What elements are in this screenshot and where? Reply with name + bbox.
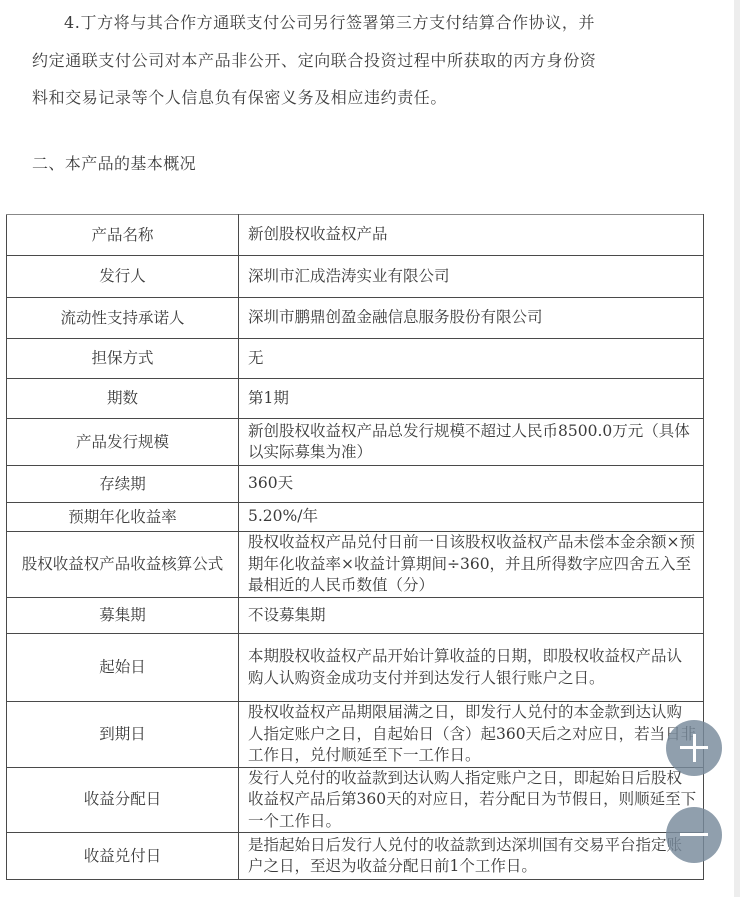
- zoom-in-button[interactable]: [666, 720, 722, 776]
- table-row: 存续期360天: [7, 466, 704, 503]
- row-label: 存续期: [7, 466, 239, 503]
- row-label: 担保方式: [7, 339, 239, 379]
- row-label: 股权收益权产品收益核算公式: [7, 532, 239, 598]
- row-value: 发行人兑付的收益款到达认购人指定账户之日，即起始日后股权收益权产品后第360天的…: [239, 767, 704, 833]
- row-value: 第1期: [239, 379, 704, 419]
- scrollbar-track[interactable]: [734, 0, 740, 897]
- paragraph-line: 4.丁方将与其合作方通联支付公司另行签署第三方支付结算合作协议，并: [32, 4, 682, 42]
- row-value: 不设募集期: [239, 598, 704, 634]
- table-row: 募集期不设募集期: [7, 598, 704, 634]
- table-row: 股权收益权产品收益核算公式股权收益权产品兑付日前一日该股权收益权产品未偿本金余额…: [7, 532, 704, 598]
- row-label: 起始日: [7, 634, 239, 702]
- row-label: 产品名称: [7, 215, 239, 256]
- row-value: 深圳市汇成浩涛实业有限公司: [239, 256, 704, 298]
- row-value: 本期股权收益权产品开始计算收益的日期，即股权收益权产品认购人认购资金成功支付并到…: [239, 634, 704, 702]
- section-heading: 二、本产品的基本概况: [32, 151, 196, 174]
- row-value: 股权收益权产品期限届满之日，即发行人兑付的本金款到达认购人指定账户之日，自起始日…: [239, 702, 704, 768]
- row-label: 募集期: [7, 598, 239, 634]
- paragraph-line: 约定通联支付公司对本产品非公开、定向联合投资过程中所获取的丙方身份资: [32, 42, 682, 80]
- row-label: 到期日: [7, 702, 239, 768]
- table-row: 担保方式无: [7, 339, 704, 379]
- row-value: 新创股权收益权产品总发行规模不超过人民币8500.0万元（具体以实际募集为准）: [239, 419, 704, 466]
- table-row: 起始日本期股权收益权产品开始计算收益的日期，即股权收益权产品认购人认购资金成功支…: [7, 634, 704, 702]
- row-label: 收益兑付日: [7, 833, 239, 880]
- paragraph-line: 料和交易记录等个人信息负有保密义务及相应违约责任。: [32, 79, 682, 117]
- row-value: 股权收益权产品兑付日前一日该股权收益权产品未偿本金余额×预期年化收益率×收益计算…: [239, 532, 704, 598]
- row-label: 流动性支持承诺人: [7, 298, 239, 339]
- table-row: 产品发行规模新创股权收益权产品总发行规模不超过人民币8500.0万元（具体以实际…: [7, 419, 704, 466]
- row-label: 收益分配日: [7, 767, 239, 833]
- table-row: 期数第1期: [7, 379, 704, 419]
- row-value: 是指起始日后发行人兑付的收益款到达深圳国有交易平台指定账户之日，至迟为收益分配日…: [239, 833, 704, 880]
- product-info-table: 产品名称新创股权收益权产品发行人深圳市汇成浩涛实业有限公司流动性支持承诺人深圳市…: [6, 214, 704, 880]
- row-label: 预期年化收益率: [7, 503, 239, 532]
- table-row: 到期日股权收益权产品期限届满之日，即发行人兑付的本金款到达认购人指定账户之日，自…: [7, 702, 704, 768]
- row-value: 360天: [239, 466, 704, 503]
- row-value: 新创股权收益权产品: [239, 215, 704, 256]
- table-row: 发行人深圳市汇成浩涛实业有限公司: [7, 256, 704, 298]
- table-row: 收益兑付日是指起始日后发行人兑付的收益款到达深圳国有交易平台指定账户之日，至迟为…: [7, 833, 704, 880]
- row-label: 产品发行规模: [7, 419, 239, 466]
- row-value: 5.20%/年: [239, 503, 704, 532]
- row-label: 期数: [7, 379, 239, 419]
- table-row: 产品名称新创股权收益权产品: [7, 215, 704, 256]
- row-value: 无: [239, 339, 704, 379]
- document-paragraph: 4.丁方将与其合作方通联支付公司另行签署第三方支付结算合作协议，并 约定通联支付…: [32, 4, 682, 117]
- table-row: 流动性支持承诺人深圳市鹏鼎创盈金融信息服务股份有限公司: [7, 298, 704, 339]
- row-value: 深圳市鹏鼎创盈金融信息服务股份有限公司: [239, 298, 704, 339]
- row-label: 发行人: [7, 256, 239, 298]
- table-row: 预期年化收益率5.20%/年: [7, 503, 704, 532]
- table-row: 收益分配日发行人兑付的收益款到达认购人指定账户之日，即起始日后股权收益权产品后第…: [7, 767, 704, 833]
- zoom-out-button[interactable]: [666, 807, 722, 863]
